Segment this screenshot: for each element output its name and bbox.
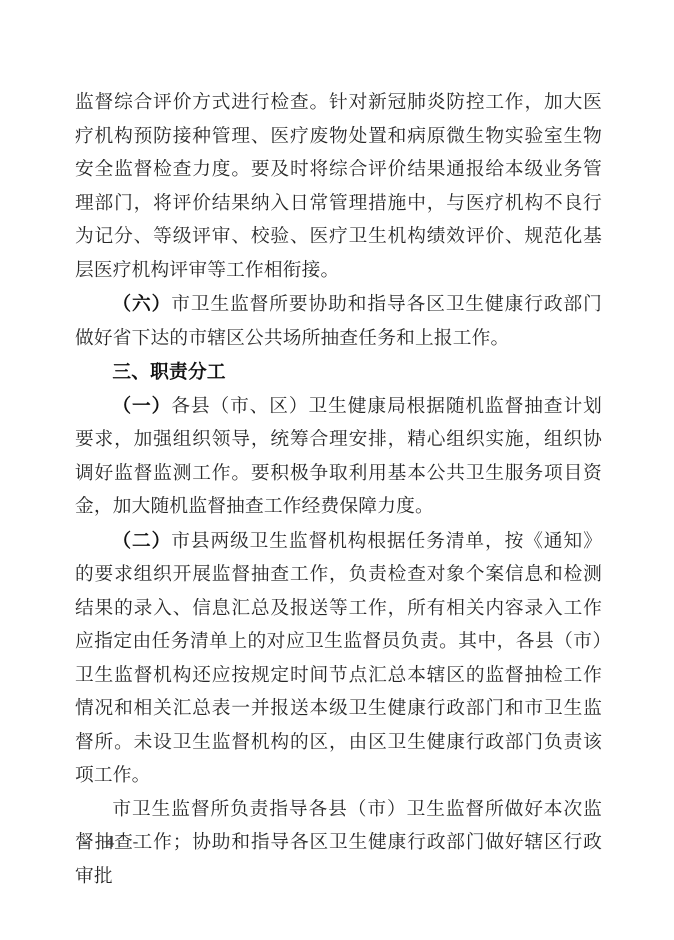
page-number: - 4 - [82,832,145,852]
paragraph-text: 监督综合评价方式进行检查。针对新冠肺炎防控工作，加大医疗机构预防接种管理、医疗废… [75,92,602,281]
section-heading-three: 三、职责分工 [75,355,602,389]
paragraph-text: 三、职责分工 [112,361,225,382]
paragraph-item-six: （六）市卫生监督所要协助和指导各区卫生健康行政部门做好省下达的市辖区公共场所抽查… [75,287,602,355]
item-marker: （六） [112,293,171,314]
paragraph-continuation: 监督综合评价方式进行检查。针对新冠肺炎防控工作，加大医疗机构预防接种管理、医疗废… [75,86,602,287]
paragraph-item-one: （一）各县（市、区）卫生健康局根据随机监督抽查计划要求，加强组织领导，统筹合理安… [75,389,602,524]
document-body: 监督综合评价方式进行检查。针对新冠肺炎防控工作，加大医疗机构预防接种管理、医疗废… [75,86,602,893]
item-marker: （二） [112,530,171,551]
paragraph-text: 市县两级卫生监督机构根据任务清单，按《通知》的要求组织开展监督抽查工作，负责检查… [75,531,602,787]
paragraph-text: 市卫生监督所负责指导各县（市）卫生监督所做好本次监督抽查工作；协助和指导各区卫生… [75,799,602,887]
paragraph-city-institute: 市卫生监督所负责指导各县（市）卫生监督所做好本次监督抽查工作；协助和指导各区卫生… [75,793,602,894]
paragraph-item-two: （二）市县两级卫生监督机构根据任务清单，按《通知》的要求组织开展监督抽查工作，负… [75,524,602,793]
document-page: 监督综合评价方式进行检查。针对新冠肺炎防控工作，加大医疗机构预防接种管理、医疗废… [0,0,674,940]
item-marker: （一） [112,395,171,416]
